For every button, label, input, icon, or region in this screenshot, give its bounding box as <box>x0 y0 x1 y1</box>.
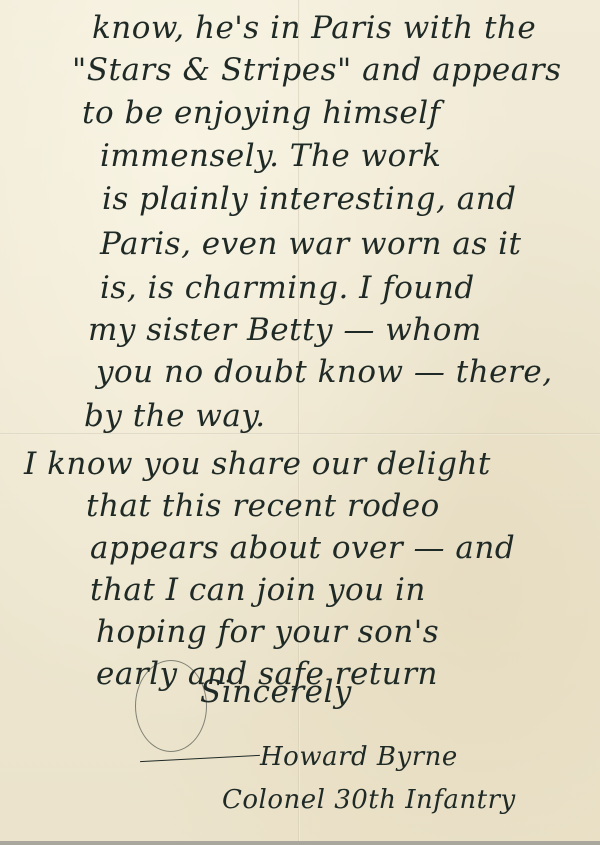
letter-line-1: know, he's in Paris with the <box>92 10 536 46</box>
letter-line-15: hoping for your son's <box>96 614 439 650</box>
letter-line-9: you no doubt know — there, <box>96 354 553 390</box>
letter-line-6: Paris, even war worn as it <box>100 226 521 262</box>
letter-line-7: is, is charming. I found <box>100 270 475 306</box>
page-bottom-edge <box>0 841 600 845</box>
signature-title: Colonel 30th Infantry <box>222 785 516 815</box>
letter-line-3: to be enjoying himself <box>82 95 441 131</box>
letter-line-14: that I can join you in <box>90 572 426 608</box>
letter-line-4: immensely. The work <box>100 138 441 174</box>
pen-flourish <box>135 660 207 752</box>
letter-closing: Sincerely <box>200 674 352 710</box>
letter-line-10: by the way. <box>84 398 266 434</box>
letter-line-12: that this recent rodeo <box>86 488 440 524</box>
letter-line-2: "Stars & Stripes" and appears <box>72 52 561 88</box>
letter-line-13: appears about over — and <box>90 530 515 566</box>
signature-underline-flourish <box>140 755 260 762</box>
letter-line-5: is plainly interesting, and <box>102 181 517 217</box>
letter-page: know, he's in Paris with the "Stars & St… <box>0 0 600 845</box>
signature-name: Howard Byrne <box>260 742 458 772</box>
letter-line-8: my sister Betty — whom <box>88 312 482 348</box>
letter-line-11: I know you share our delight <box>24 446 491 482</box>
